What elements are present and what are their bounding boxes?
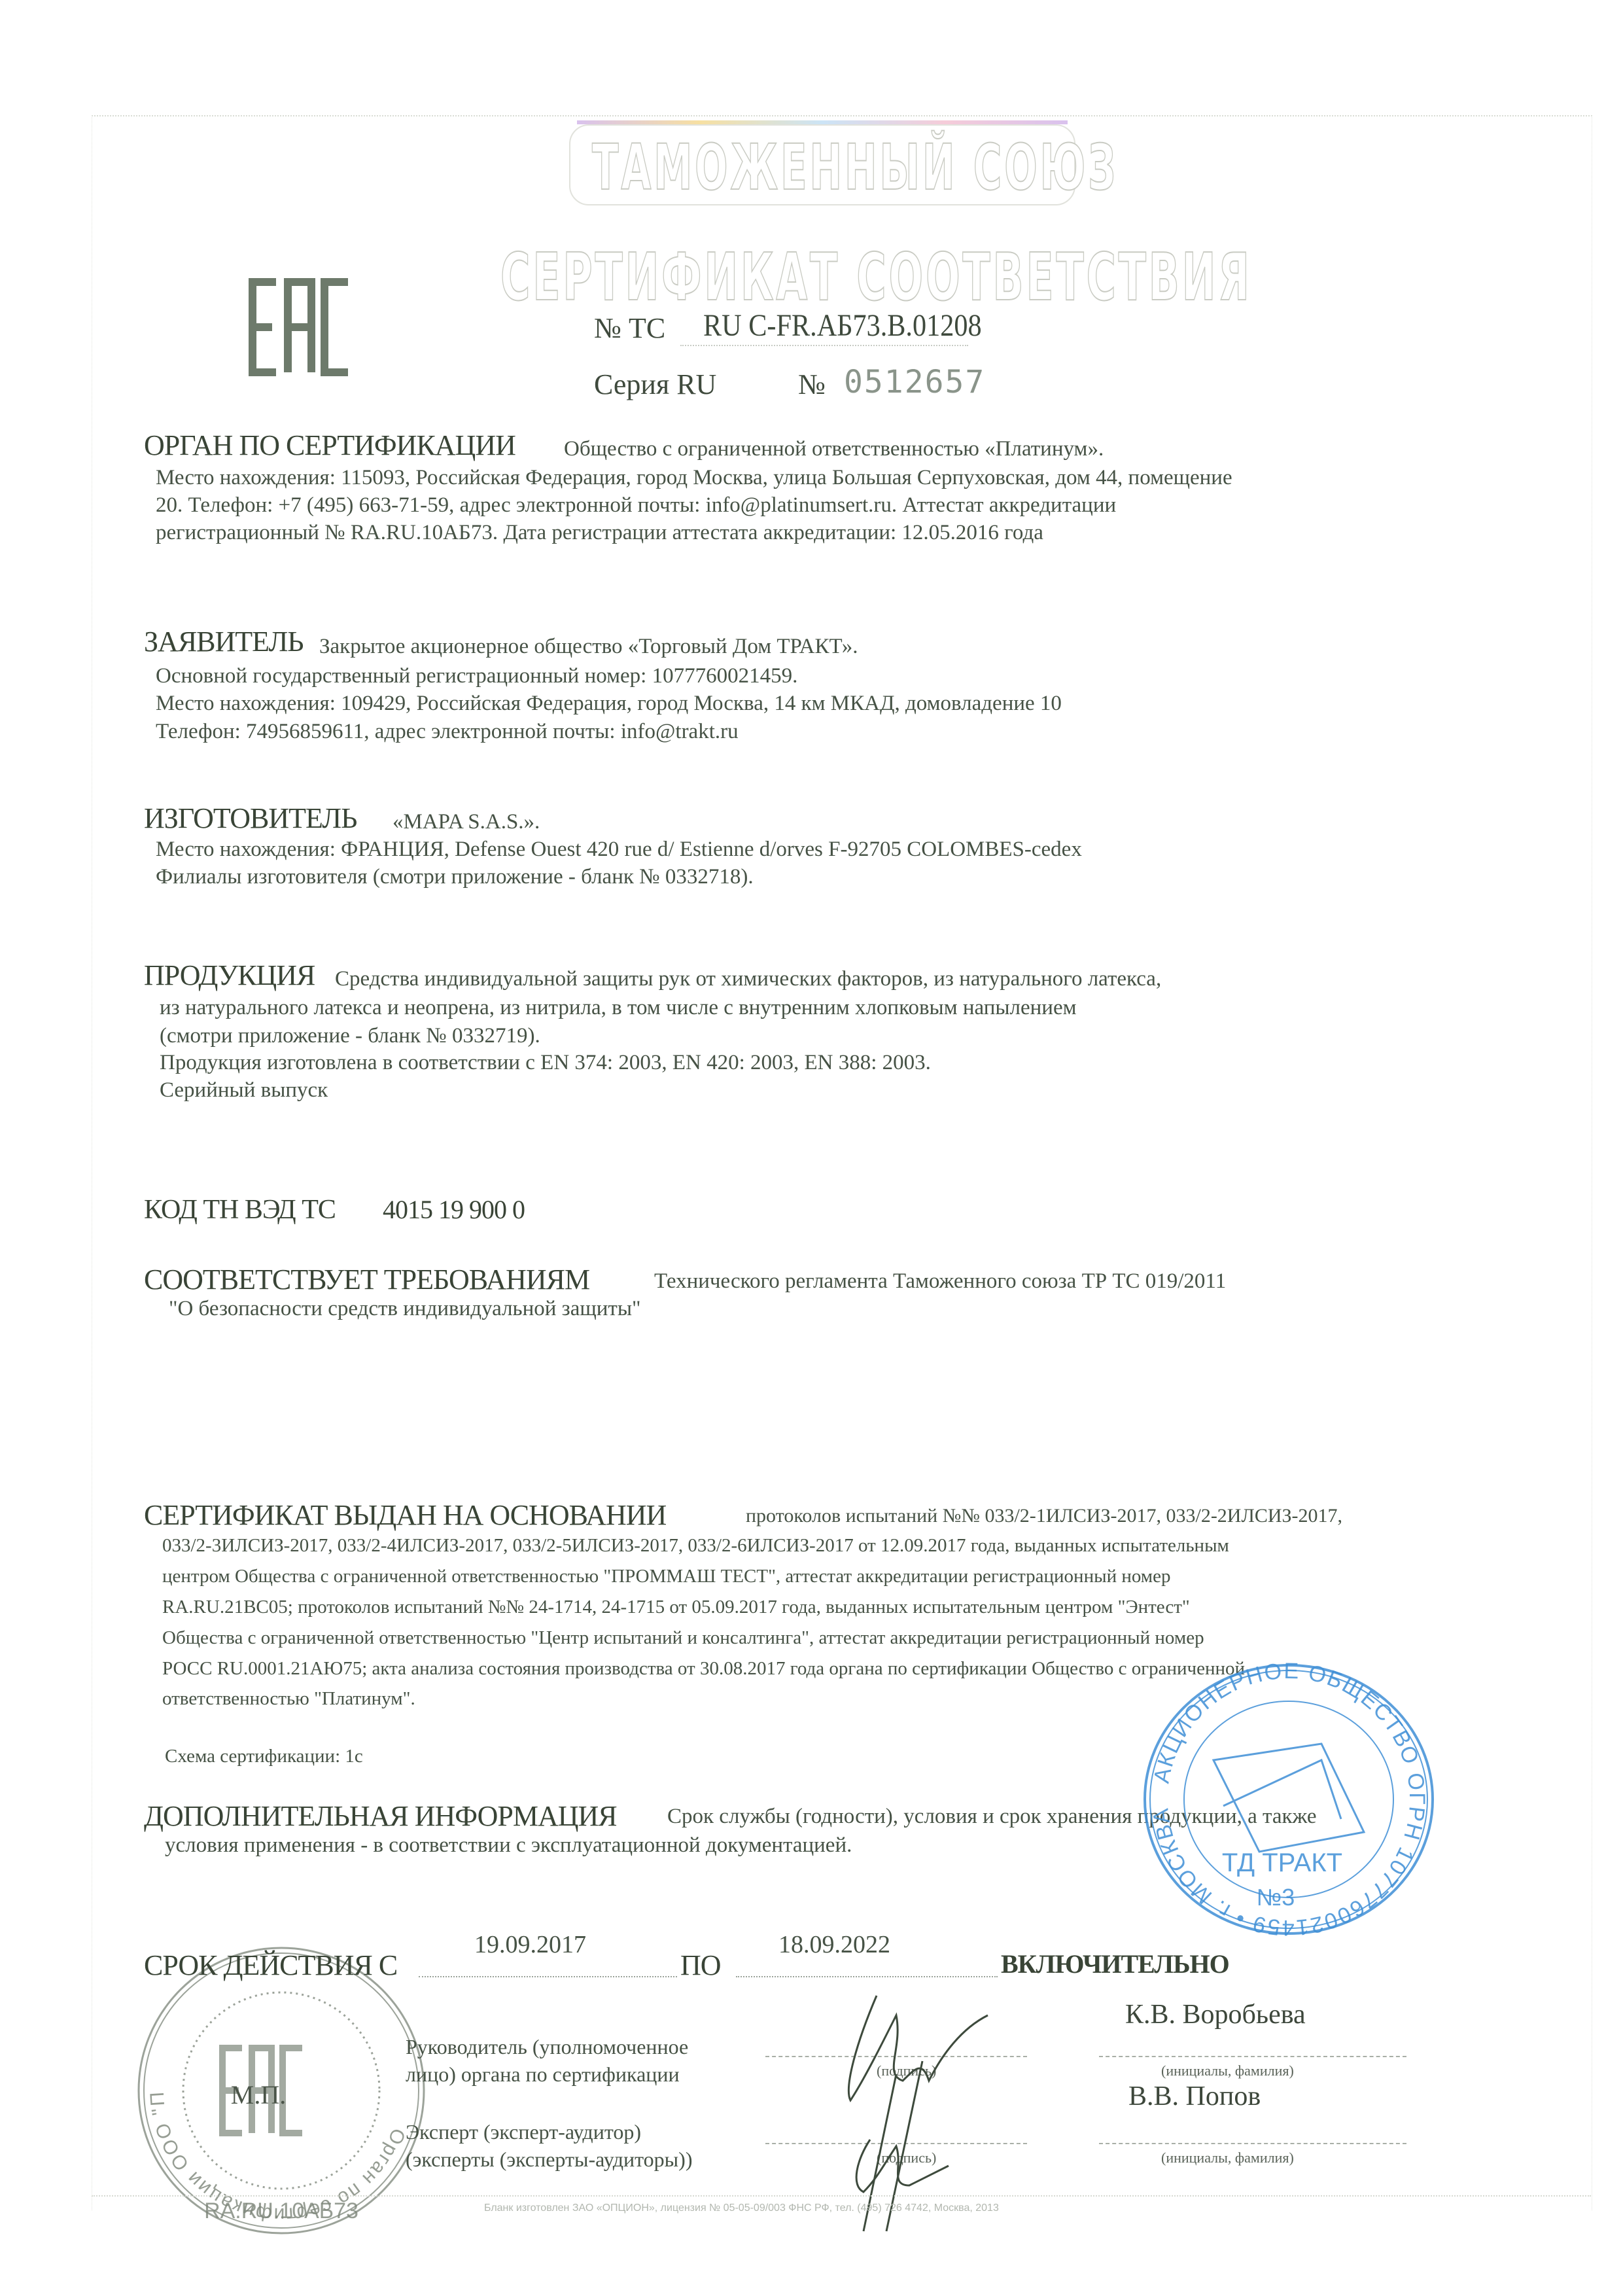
- expert-label: Эксперт (эксперт-аудитор): [406, 2120, 641, 2144]
- basis-line: Общества с ограниченной ответственностью…: [162, 1627, 1204, 1649]
- number-underline: [680, 345, 968, 346]
- eac-logo: [249, 278, 353, 376]
- product-label: ПРОДУКЦИЯ: [144, 959, 315, 992]
- validity-date-from: 19.09.2017: [474, 1930, 586, 1959]
- additional-info-line: условия применения - в соответствии с эк…: [165, 1833, 852, 1858]
- validity-to-label: ПО: [680, 1949, 721, 1982]
- expert-name-line: [1099, 2143, 1406, 2144]
- basis-line: ответственностью "Платинум".: [162, 1688, 415, 1710]
- certification-body-line: 20. Телефон: +7 (495) 663-71-59, адрес э…: [156, 493, 1116, 518]
- certification-body-line: регистрационный № RA.RU.10АБ73. Дата рег…: [156, 521, 1043, 545]
- tn-ved-label: КОД ТН ВЭД ТС: [144, 1194, 336, 1226]
- basis-line: 033/2-3ИЛСИЗ-2017, 033/2-4ИЛСИЗ-2017, 03…: [162, 1535, 1229, 1557]
- head-name: К.В. Воробьева: [1125, 1999, 1306, 2030]
- conformity-regulation: Технического регламента Таможенного союз…: [654, 1269, 1226, 1294]
- expert-name-caption: (инициалы, фамилия): [1161, 2149, 1294, 2166]
- conformity-regulation-title: "О безопасности средств индивидуальной з…: [169, 1297, 640, 1321]
- body-stamp-reg-number: RA.RU.10АБ73: [204, 2199, 358, 2223]
- applicant-label: ЗАЯВИТЕЛЬ: [144, 625, 304, 658]
- manufacturer-name: «MAPA S.A.S.».: [393, 810, 540, 834]
- customs-union-title: ТАМОЖЕННЫЙ СОЮЗ: [592, 131, 1118, 204]
- product-line: Серийный выпуск: [160, 1078, 328, 1103]
- head-name-caption: (инициалы, фамилия): [1161, 2062, 1294, 2079]
- expert-name: В.В. Попов: [1128, 2081, 1261, 2112]
- blank-number: 0512657: [844, 364, 985, 400]
- certificate-number: RU C-FR.АБ73.В.01208: [703, 308, 982, 344]
- applicant-line: Основной государственный регистрационный…: [156, 664, 797, 688]
- product-line: (смотри приложение - бланк № 0332719).: [160, 1024, 540, 1048]
- applicant-name: Закрытое акционерное общество «Торговый …: [319, 635, 858, 659]
- certificate-number-label: № ТС: [594, 311, 665, 345]
- expert-label: (эксперты (эксперты-аудиторы)): [406, 2147, 692, 2172]
- certification-body-line: Место нахождения: 115093, Российская Фед…: [156, 466, 1232, 490]
- certification-body-stamp-icon: Орган по сертификации ООО "Платинум" RA.…: [131, 1937, 432, 2244]
- certification-scheme: Схема сертификации: 1с: [165, 1746, 363, 1767]
- applicant-stamp-icon: АКЦИОНЕРНОЕ ОБЩЕСТВО ОГРН 1077760021459 …: [1106, 1662, 1472, 1937]
- additional-info-label: ДОПОЛНИТЕЛЬНАЯ ИНФОРМАЦИЯ: [144, 1799, 617, 1833]
- basis-label: СЕРТИФИКАТ ВЫДАН НА ОСНОВАНИИ: [144, 1498, 666, 1532]
- date-to-underline: [736, 1976, 998, 1977]
- basis-line: РОСС RU.0001.21АЮ75; акта анализа состоя…: [162, 1658, 1245, 1680]
- date-from-underline: [419, 1976, 677, 1977]
- validity-from-label: СРОК ДЕЙСТВИЯ С: [144, 1949, 397, 1982]
- signature-scribble-icon: [824, 1989, 994, 2238]
- manufacturer-label: ИЗГОТОВИТЕЛЬ: [144, 802, 357, 835]
- basis-line: RA.RU.21ВС05; протоколов испытаний №№ 24…: [162, 1597, 1190, 1618]
- validity-date-to: 18.09.2022: [778, 1930, 890, 1959]
- certificate-title: СЕРТИФИКАТ СООТВЕТСТВИЯ: [500, 239, 1252, 315]
- series-label: Серия RU: [594, 368, 716, 401]
- product-line: из натурального латекса и неопрена, из н…: [160, 996, 1077, 1020]
- head-name-line: [1099, 2056, 1406, 2057]
- certification-body-label: ОРГАН ПО СЕРТИФИКАЦИИ: [144, 429, 515, 462]
- product-first-line: Средства индивидуальной защиты рук от хи…: [335, 967, 1161, 991]
- validity-inclusive-label: ВКЛЮЧИТЕЛЬНО: [1001, 1949, 1229, 1979]
- head-label: Руководитель (уполномоченное: [406, 2035, 688, 2059]
- seal-label: М.П.: [231, 2080, 286, 2110]
- manufacturer-line: Филиалы изготовителя (смотри приложение …: [156, 865, 754, 889]
- certification-body-name: Общество с ограниченной ответственностью…: [564, 437, 1104, 461]
- product-line: Продукция изготовлена в соответствии с E…: [160, 1051, 931, 1075]
- basis-first-line: протоколов испытаний №№ 033/2-1ИЛСИЗ-201…: [746, 1505, 1342, 1527]
- applicant-stamp-name: ТД ТРАКТ: [1222, 1848, 1342, 1877]
- eac-mark-icon: [249, 278, 353, 376]
- applicant-line: Место нахождения: 109429, Российская Фед…: [156, 692, 1062, 716]
- head-label: лицо) органа по сертификации: [406, 2062, 680, 2087]
- conformity-label: СООТВЕТСТВУЕТ ТРЕБОВАНИЯМ: [144, 1263, 589, 1296]
- applicant-stamp-number: №3: [1257, 1884, 1295, 1911]
- blank-footer-note: Бланк изготовлен ЗАО «ОПЦИОН», лицензия …: [484, 2202, 999, 2214]
- manufacturer-line: Место нахождения: ФРАНЦИЯ, Defense Ouest…: [156, 838, 1082, 862]
- blank-number-label: №: [798, 368, 826, 401]
- basis-line: центром Общества с ограниченной ответств…: [162, 1566, 1171, 1587]
- footer-divider: [92, 2195, 1591, 2197]
- applicant-line: Телефон: 74956859611, адрес электронной …: [156, 720, 739, 744]
- tn-ved-code: 4015 19 900 0: [383, 1194, 525, 1225]
